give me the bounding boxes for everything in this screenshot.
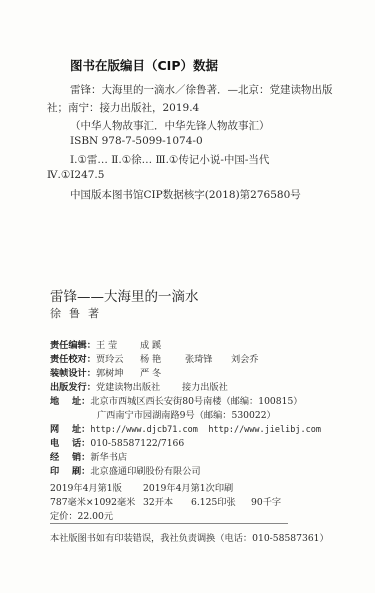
proofreader-name: 杨 艳	[140, 351, 185, 365]
word-count: 90千字	[251, 497, 281, 508]
designer-name: 严 冬	[140, 368, 161, 379]
printer-row: 印 刷：北京盛通印刷股份有限公司	[50, 463, 201, 477]
proofreaders-row: 责任校对：贾玲云杨 艳张琦锋刘会乔	[50, 351, 259, 365]
printer-name: 北京盛通印刷股份有限公司	[90, 466, 200, 477]
specs-row: 787毫米×1092毫米32开本6.125印张90千字	[50, 494, 281, 508]
address-label: 地 址：	[50, 396, 90, 407]
publishers-label: 出版发行：	[50, 382, 96, 393]
editor-name: 王 莹	[96, 337, 140, 351]
book-author: 徐鲁著	[50, 305, 107, 321]
printing-date: 2019年4月第1次印刷	[143, 483, 233, 494]
proofreaders-label: 责任校对：	[50, 354, 96, 365]
format: 32开本	[143, 494, 191, 508]
address-row: 地 址：北京市西城区西长安街80号南楼（邮编：100815）	[50, 393, 303, 407]
publisher-name: 党建读物出版社	[96, 379, 182, 393]
distributor-name: 新华书店	[90, 452, 127, 463]
website-djcb71[interactable]: http://www.djcb71.com	[90, 425, 208, 435]
paper-size: 787毫米×1092毫米	[50, 494, 143, 508]
web-label: 网 址：	[50, 424, 90, 435]
cip-isbn: ISBN 978-7-5099-1074-0	[70, 135, 203, 147]
printer-label: 印 刷：	[50, 466, 90, 477]
designers-row: 装帧设计：郭树坤严 冬	[50, 365, 161, 379]
publisher-name: 接力出版社	[182, 382, 228, 393]
cip-record-number: 中国版本图书馆CIP数据核字(2018)第276580号	[70, 187, 301, 202]
distributor-label: 经 销：	[50, 452, 90, 463]
cip-classification-2: Ⅳ.①I247.5	[47, 169, 104, 181]
proofreader-name: 贾玲云	[96, 351, 140, 365]
book-title: 雷锋——大海里的一滴水	[50, 285, 199, 305]
address-nanning: 广西南宁市园湖南路9号（邮编：530022）	[97, 407, 276, 421]
price: 定价：22.00元	[50, 508, 113, 522]
website-jielibj[interactable]: http://www.jielibj.com	[208, 425, 321, 435]
printed-sheets: 6.125印张	[191, 494, 251, 508]
designers-label: 装帧设计：	[50, 368, 96, 379]
distributor-row: 经 销：新华书店	[50, 449, 127, 463]
cip-classification-1: Ⅰ.①雷… Ⅱ.①徐… Ⅲ.①传记小说-中国-当代	[70, 152, 269, 167]
edition-row: 2019年4月第1版2019年4月第1次印刷	[50, 480, 233, 494]
phone-row: 电 话：010-58587122/7166	[50, 435, 184, 449]
cip-line-1: 雷锋：大海里的一滴水／徐鲁著．—北京：党建读物出版	[70, 82, 333, 97]
cip-line-3: （中华人物故事汇．中华先锋人物故事汇）	[70, 118, 270, 133]
web-row: 网 址：http://www.djcb71.comhttp://www.jiel…	[50, 421, 321, 435]
publishers-row: 出版发行：党建读物出版社接力出版社	[50, 379, 228, 393]
cip-line-2: 社；南宁：接力出版社，2019.4	[47, 100, 199, 115]
edition-date: 2019年4月第1版	[50, 480, 143, 494]
editors-row: 责任编辑：王 莹成 蹊	[50, 337, 161, 351]
replacement-notice: 本社版图书如有印装错误，我社负责调换（电话：010-58587361）	[50, 530, 329, 544]
proofreader-name: 刘会乔	[231, 354, 259, 365]
phone-number: 010-58587122/7166	[90, 438, 184, 449]
editor-name: 成 蹊	[140, 340, 161, 351]
phone-label: 电 话：	[50, 438, 90, 449]
proofreader-name: 张琦锋	[185, 351, 231, 365]
editors-label: 责任编辑：	[50, 340, 96, 351]
divider-rule	[50, 523, 288, 524]
address-beijing: 北京市西城区西长安街80号南楼（邮编：100815）	[90, 396, 302, 407]
designer-name: 郭树坤	[96, 365, 140, 379]
cip-heading: 图书在版编目（CIP）数据	[70, 56, 218, 74]
